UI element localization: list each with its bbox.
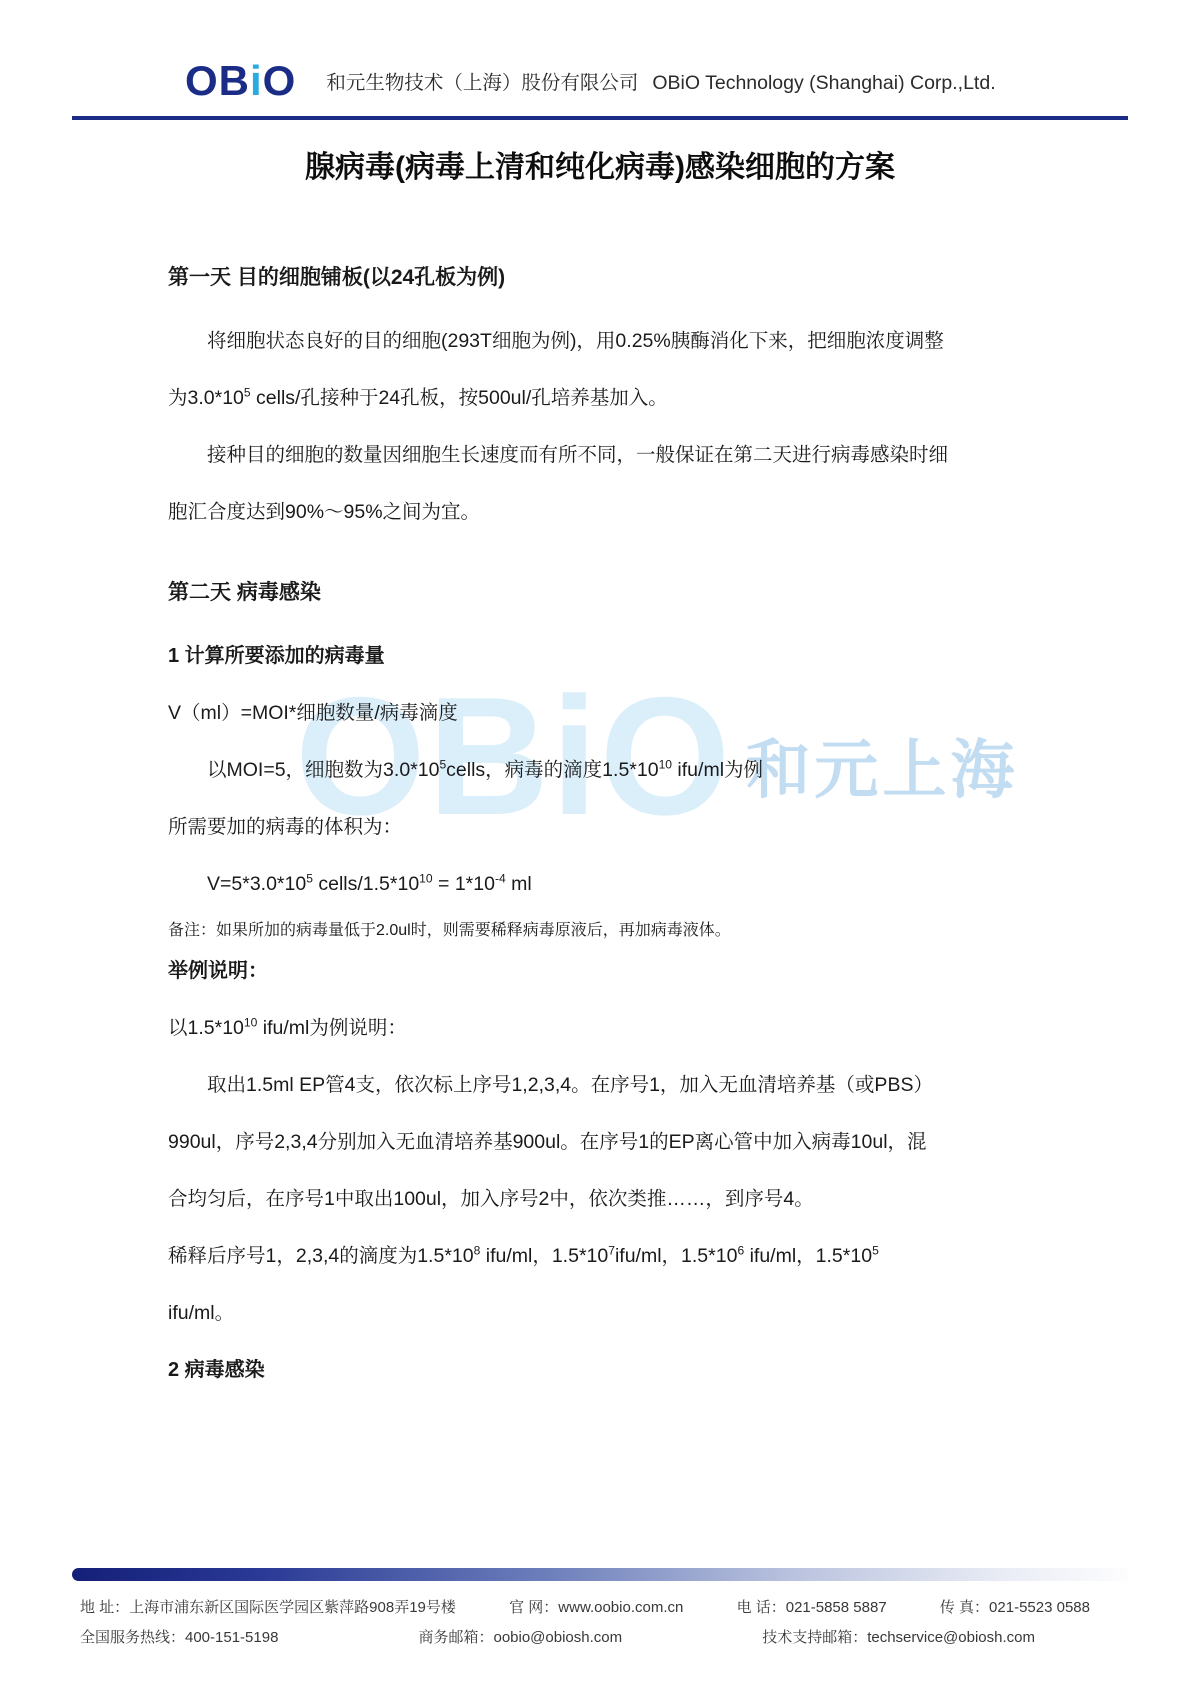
company-name-cn: 和元生物技术（上海）股份有限公司 xyxy=(326,72,638,94)
company-name: 和元生物技术（上海）股份有限公司OBiO Technology (Shangha… xyxy=(326,67,995,95)
doc-heading: 2 病毒感染 xyxy=(168,1359,1060,1381)
footer-item: 官 网：www.oobio.com.cn xyxy=(509,1596,683,1617)
doc-line: ifu/ml。 xyxy=(168,1302,1060,1324)
footer-item: 电 话：021-5858 5887 xyxy=(737,1596,887,1617)
header-divider xyxy=(72,116,1128,120)
footer-divider xyxy=(72,1568,1128,1581)
company-name-en: OBiO Technology (Shanghai) Corp.,Ltd. xyxy=(652,72,995,94)
footer-row2: 全国服务热线：400-151-5198商务邮箱：oobio@obiosh.com… xyxy=(80,1626,1035,1647)
doc-heading: 第二天 病毒感染 xyxy=(168,581,1060,605)
doc-line: 以MOI=5，细胞数为3.0*105cells，病毒的滴度1.5*1010 if… xyxy=(168,759,1060,781)
doc-line: 取出1.5ml EP管4支，依次标上序号1,2,3,4。在序号1，加入无血清培养… xyxy=(168,1074,1060,1096)
footer-item: 传 真：021-5523 0588 xyxy=(940,1596,1090,1617)
footer-item: 技术支持邮箱：techservice@obiosh.com xyxy=(762,1626,1035,1647)
doc-heading: 第一天 目的细胞铺板(以24孔板为例) xyxy=(168,266,1060,290)
page-title: 腺病毒(病毒上清和纯化病毒)感染细胞的方案 xyxy=(0,142,1200,186)
doc-line: 为3.0*105 cells/孔接种于24孔板，按500ul/孔培养基加入。 xyxy=(168,387,1060,409)
doc-line: V=5*3.0*105 cells/1.5*1010 = 1*10-4 ml xyxy=(168,873,1060,895)
doc-heading: 1 计算所要添加的病毒量 xyxy=(168,645,1060,667)
logo-part-o: O xyxy=(263,57,297,104)
footer-item: 全国服务热线：400-151-5198 xyxy=(80,1626,278,1647)
doc-line: 备注：如果所加的病毒量低于2.0ul时，则需要稀释病毒原液后，再加病毒液体。 xyxy=(168,922,1060,940)
doc-line: 990ul，序号2,3,4分别加入无血清培养基900ul。在序号1的EP离心管中… xyxy=(168,1131,1060,1153)
doc-line: 以1.5*1010 ifu/ml为例说明： xyxy=(168,1017,1060,1039)
doc-body: 第一天 目的细胞铺板(以24孔板为例)将细胞状态良好的目的细胞(293T细胞为例… xyxy=(168,266,1060,1416)
doc-line: 所需要加的病毒的体积为： xyxy=(168,816,1060,838)
doc-line: 合均匀后，在序号1中取出100ul，加入序号2中，依次类推……，到序号4。 xyxy=(168,1188,1060,1210)
document-page: OBiO 和元生物技术（上海）股份有限公司OBiO Technology (Sh… xyxy=(0,0,1200,1696)
obio-logo: OBiO xyxy=(185,60,296,102)
doc-line: 胞汇合度达到90%～95%之间为宜。 xyxy=(168,501,1060,523)
doc-heading: 举例说明： xyxy=(168,960,1060,982)
doc-line: V（ml）=MOI*细胞数量/病毒滴度 xyxy=(168,702,1060,724)
footer-item: 地 址：上海市浦东新区国际医学园区紫萍路908弄19号楼 xyxy=(80,1596,456,1617)
doc-line: 将细胞状态良好的目的细胞(293T细胞为例)，用0.25%胰酶消化下来，把细胞浓… xyxy=(168,330,1060,352)
doc-line: 稀释后序号1，2,3,4的滴度为1.5*108 ifu/ml，1.5*107if… xyxy=(168,1245,1060,1267)
footer-row1: 地 址：上海市浦东新区国际医学园区紫萍路908弄19号楼官 网：www.oobi… xyxy=(80,1596,1090,1617)
logo-part-i: i xyxy=(250,57,263,104)
page-header: OBiO 和元生物技术（上海）股份有限公司OBiO Technology (Sh… xyxy=(185,60,1140,102)
doc-line: 接种目的细胞的数量因细胞生长速度而有所不同，一般保证在第二天进行病毒感染时细 xyxy=(168,444,1060,466)
logo-part-ob: OB xyxy=(185,57,250,104)
footer-item: 商务邮箱：oobio@obiosh.com xyxy=(418,1626,622,1647)
